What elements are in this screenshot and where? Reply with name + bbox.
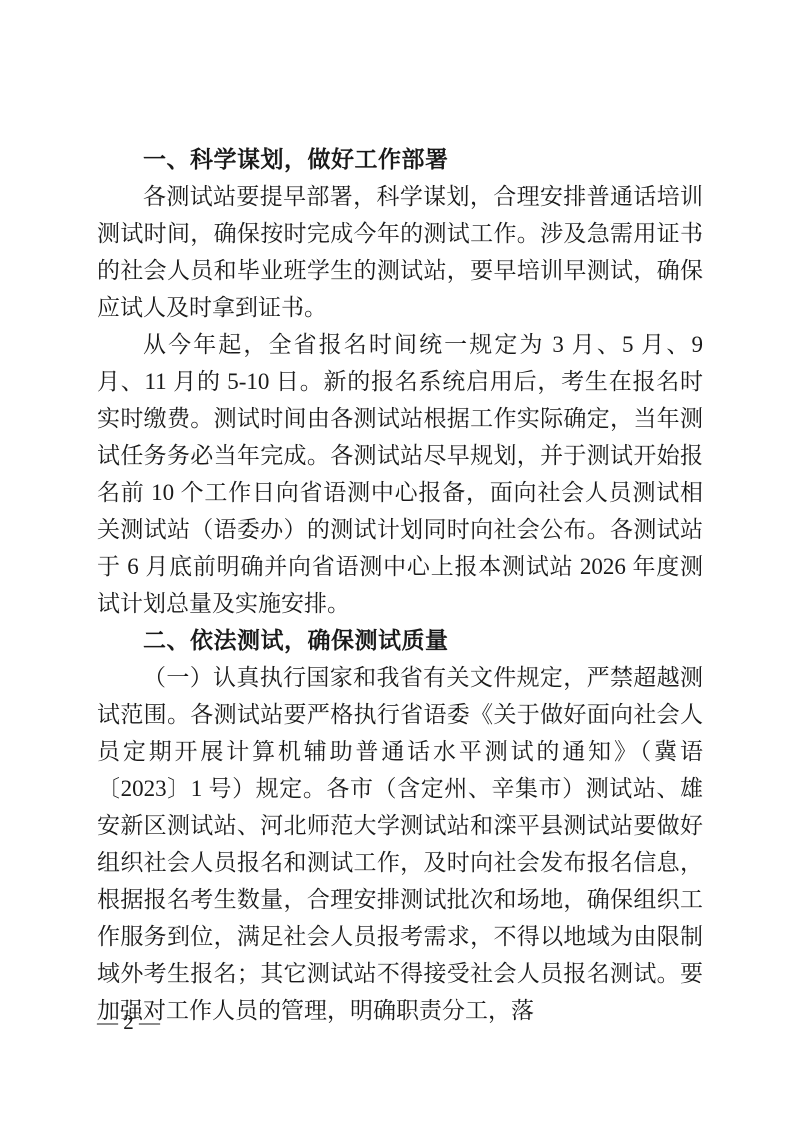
document-page: 一、科学谋划，做好工作部署 各测试站要提早部署，科学谋划，合理安排普通话培训测试…: [0, 0, 794, 1123]
section-heading-2: 二、依法测试，确保测试质量: [97, 622, 703, 659]
paragraph-registration-schedule: 从今年起，全省报名时间统一规定为 3 月、5 月、9 月、11 月的 5-10 …: [97, 326, 703, 622]
section-heading-1: 一、科学谋划，做好工作部署: [97, 141, 703, 178]
paragraph-deploy-early: 各测试站要提早部署，科学谋划，合理安排普通话培训测试时间，确保按时完成今年的测试…: [97, 178, 703, 326]
document-content: 一、科学谋划，做好工作部署 各测试站要提早部署，科学谋划，合理安排普通话培训测试…: [97, 141, 703, 1029]
paragraph-test-scope-rules: （一）认真执行国家和我省有关文件规定，严禁超越测试范围。各测试站要严格执行省语委…: [97, 659, 703, 1029]
page-number: — 2 —: [97, 1008, 160, 1036]
